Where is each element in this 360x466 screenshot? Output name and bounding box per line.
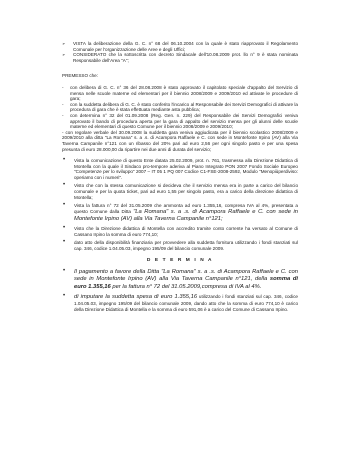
consideration-text: dato atto della disponibilità finanziari… bbox=[74, 240, 298, 251]
consideration-item: • Visto che con la stessa comunicazione … bbox=[62, 183, 298, 200]
determina-text: Il pagamento a favore della Ditta "La Ro… bbox=[74, 269, 298, 291]
dash-bullet-icon: - bbox=[62, 85, 70, 102]
premesso-text: con delibera di G. C. n° 36 del 28.08.20… bbox=[70, 85, 298, 102]
intro-text: CONSIDERATO che la sottoscritta con decr… bbox=[73, 52, 298, 63]
intro-text: VISTA la deliberazione della G. C. n° 68… bbox=[73, 41, 298, 52]
consideration-text: Visto che con la stessa comunicazione si… bbox=[74, 183, 298, 200]
consideration-text: Vista la comunicazione di questo Ente da… bbox=[74, 158, 298, 180]
premesso-item: - con delibera di G. C. n° 36 del 28.08.… bbox=[62, 85, 298, 102]
bullet-icon: • bbox=[62, 203, 74, 223]
consideration-item-fattura: • Vista la fattura n° 72 del 31.05.2009 … bbox=[62, 203, 298, 223]
consideration-item: • Vista la comunicazione di questo Ente … bbox=[62, 158, 298, 180]
arrow-bullet-icon: ➢ bbox=[62, 41, 73, 52]
bullet-icon: • bbox=[62, 294, 74, 312]
premesso-text: con determina n° 32 del 01.09.2008 (Reg.… bbox=[70, 113, 298, 130]
dash-bullet-icon: - bbox=[62, 102, 70, 113]
consideration-item: • dato atto della disponibilità finanzia… bbox=[62, 240, 298, 251]
bullet-icon: • bbox=[62, 269, 74, 291]
determina-text: di imputare la suddetta spesa di euro 1.… bbox=[74, 294, 298, 312]
bullet-icon: • bbox=[62, 240, 74, 251]
consideration-item: • Visto che la Direzione didattica di Mo… bbox=[62, 226, 298, 237]
dash-bullet-icon: - bbox=[62, 113, 70, 130]
premesso-item: - con la suddetta delibera di G. C. è st… bbox=[62, 102, 298, 113]
premesso-verbale: - con regolare verbale del 30.09.2008 la… bbox=[62, 130, 298, 152]
arrow-bullet-icon: ➢ bbox=[62, 52, 73, 63]
bullet-icon: • bbox=[62, 226, 74, 237]
determina-item-imputare: • di imputare la suddetta spesa di euro … bbox=[62, 294, 298, 312]
determina-item-pagamento: • Il pagamento a favore della Ditta "La … bbox=[62, 269, 298, 291]
bullet-icon: • bbox=[62, 183, 74, 200]
intro-item-considerato: ➢ CONSIDERATO che la sottoscritta con de… bbox=[62, 52, 298, 63]
consideration-text: Visto che la Direzione didattica di Mont… bbox=[74, 226, 298, 237]
intro-item-vista: ➢ VISTA la deliberazione della G. C. n° … bbox=[62, 41, 298, 52]
imputare-italic: di imputare la suddetta spesa di euro 1.… bbox=[74, 294, 197, 300]
consideration-text: Vista la fattura n° 72 del 31.05.2009 ch… bbox=[74, 203, 298, 223]
premesso-item: - con determina n° 32 del 01.09.2008 (Re… bbox=[62, 113, 298, 130]
bullet-icon: • bbox=[62, 158, 74, 180]
premesso-text: con la suddetta delibera di G. C. è stat… bbox=[70, 102, 298, 113]
document-page: ➢ VISTA la deliberazione della G. C. n° … bbox=[62, 41, 298, 312]
